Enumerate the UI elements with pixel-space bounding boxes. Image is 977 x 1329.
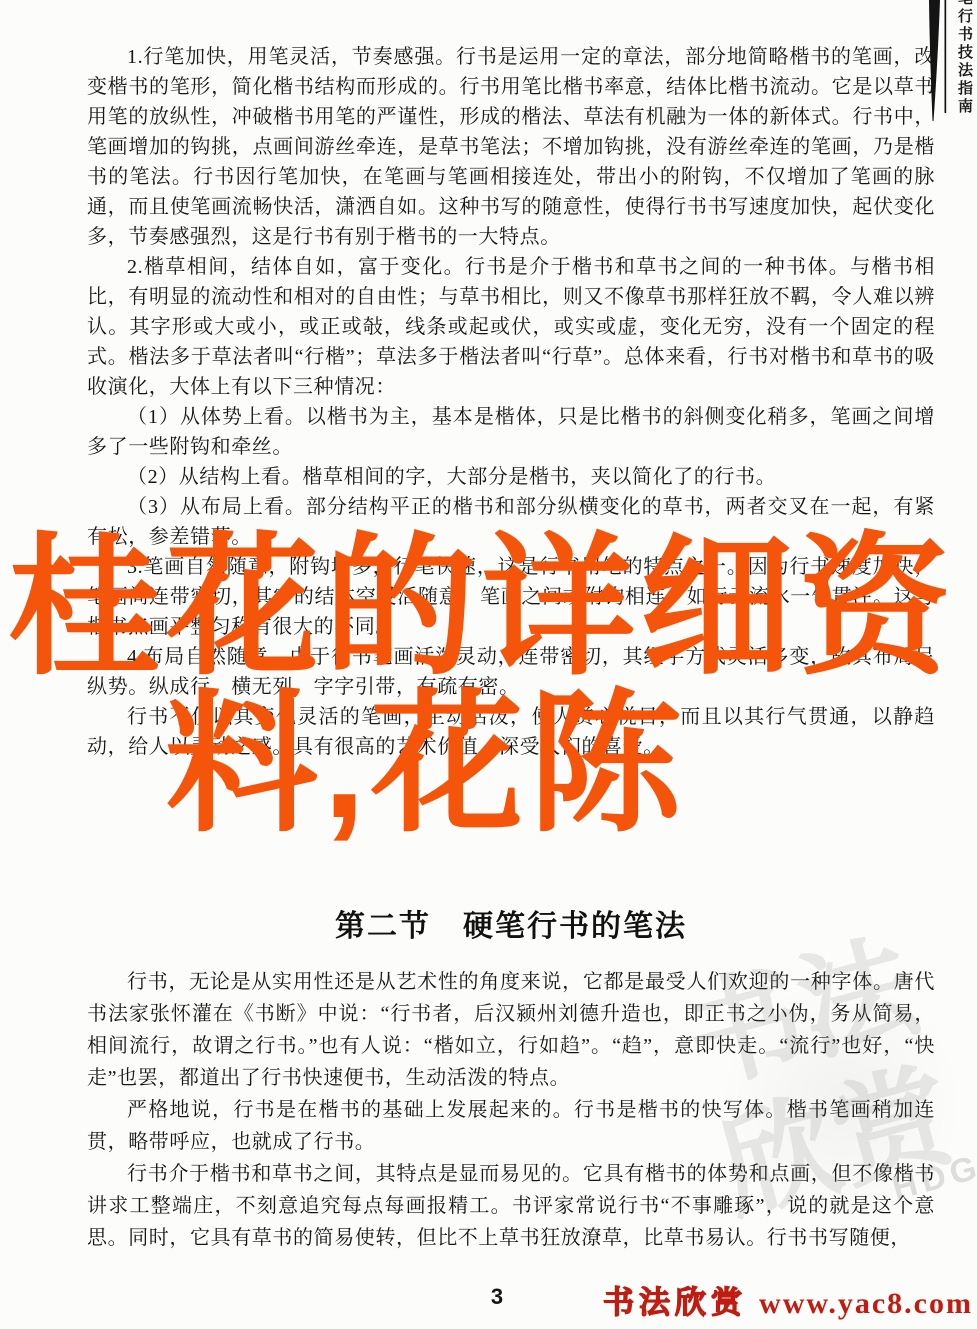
- watermark-line2: 料,花陈: [165, 688, 687, 841]
- paragraph: 2.楷草相间，结体自如，富于变化。行书是介于楷书和草书之间的一种书体。与楷书相比…: [87, 252, 935, 402]
- list-item: （1）从体势上看。以楷书为主，基本是楷体，只是比楷书的斜侧变化稍多，笔画之间增多…: [87, 402, 935, 462]
- watermark-line1: 桂花的详细资: [8, 531, 956, 684]
- book-spine-title: 笔行书技法指南: [954, 0, 975, 116]
- list-item: （2）从结构上看。楷草相间的字，大部分是楷书，夹以简化了的行书。: [87, 462, 935, 492]
- brush-stroke-icon: [927, 0, 953, 140]
- right-margin: 笔行书技法指南: [927, 0, 977, 360]
- paragraph: 1.行笔加快，用笔灵活，节奏感强。行书是运用一定的章法，部分地简略楷书的笔画，改…: [87, 42, 935, 252]
- scanned-book-page: 书法欣赏 HDG 1.行笔加快，用笔灵活，节奏感强。行书是运用一定的章法，部分地…: [0, 0, 977, 1329]
